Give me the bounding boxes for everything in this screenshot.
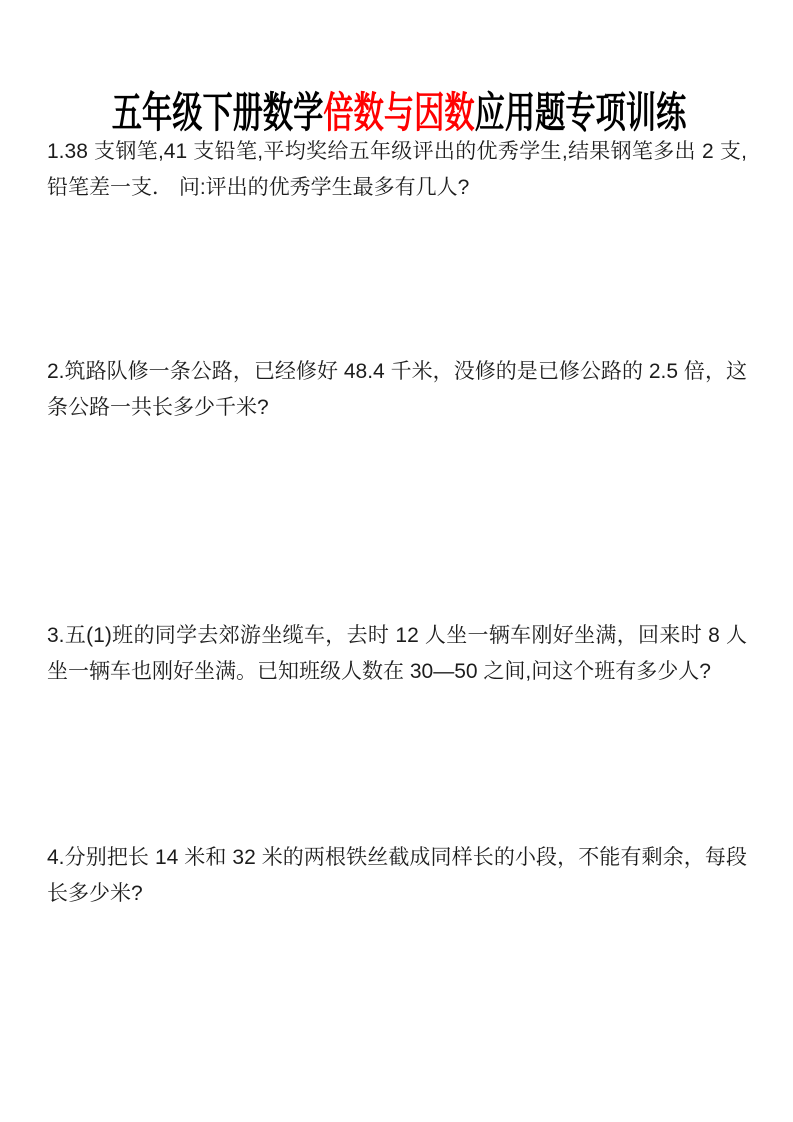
page-title-text: 五年级下册数学倍数与因数应用题专项训练 xyxy=(112,87,687,139)
title-part-2: 应用题专项训练 xyxy=(475,89,687,136)
worksheet-page: 五年级下册数学倍数与因数应用题专项训练 1.38 支钢笔,41 支铅笔,平均奖给… xyxy=(0,0,793,1122)
title-part-1: 五年级下册数学 xyxy=(112,89,324,136)
question-2: 2.筑路队修一条公路，已经修好 48.4 千米，没修的是已修公路的 2.5 倍，… xyxy=(47,354,747,426)
question-4: 4.分别把长 14 米和 32 米的两根铁丝截成同样长的小段，不能有剩余，每段长… xyxy=(47,840,747,912)
page-title: 五年级下册数学倍数与因数应用题专项训练 xyxy=(0,87,793,139)
question-3: 3.五(1)班的同学去郊游坐缆车，去时 12 人坐一辆车刚好坐满，回来时 8 人… xyxy=(47,618,747,690)
question-1: 1.38 支钢笔,41 支铅笔,平均奖给五年级评出的优秀学生,结果钢笔多出 2 … xyxy=(47,134,747,206)
title-highlight: 倍数与因数 xyxy=(323,89,474,136)
